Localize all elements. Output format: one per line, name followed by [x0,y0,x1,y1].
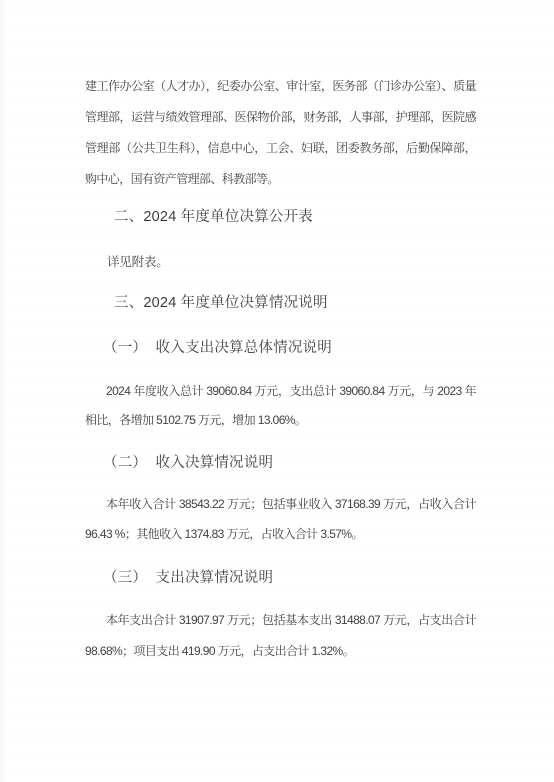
subsection-3-paragraph: 本年支出合计 31907.97 万元；包括基本支出 31488.07 万元，占支… [85,605,476,667]
subsection-1-paragraph: 2024 年度收入总计 39060.84 万元，支出总计 39060.84 万元… [85,377,476,435]
subsection-2-paragraph: 本年收入合计 38543.22 万元；包括事业收入 37168.39 万元，占收… [85,489,476,549]
section-heading-3: 三、2024 年度单位决算情况说明 [85,292,534,314]
paragraph-line: 购中心，国有资产管理部、科教部等。 [85,164,476,195]
paragraph-line: 相比，各增加 5102.75 万元，增加 13.06%。 [85,406,476,435]
paragraph-line: 98.68%；项目支出 419.90 万元，占支出合计 1.32%。 [85,636,476,667]
subsection-heading-2: （二） 收入决算情况说明 [85,452,523,474]
paragraph-line: 管理部，运营与绩效管理部、医保物价部，财务部，人事部，护理部，医院感染 [85,102,476,133]
continuation-paragraph: 建工作办公室（人才办），纪委办公室、审计室，医务部（门诊办公室）、质量 管理部，… [85,71,476,195]
subsection-heading-3: （三） 支出决算情况说明 [85,567,523,589]
document-page: 建工作办公室（人才办），纪委办公室、审计室，医务部（门诊办公室）、质量 管理部，… [0,0,554,782]
section-heading-2: 二、2024 年度单位决算公开表 [85,206,534,228]
paragraph-line: 本年支出合计 31907.97 万元；包括基本支出 31488.07 万元，占支… [85,605,476,636]
subsection-heading-1: （一） 收入支出决算总体情况说明 [85,337,523,359]
paragraph-line: 96.43 %；其他收入 1374.83 万元，占收入合计 3.57%。 [85,519,476,549]
paragraph-line: 2024 年度收入总计 39060.84 万元，支出总计 39060.84 万元… [85,377,476,406]
paragraph-line: 管理部（公共卫生科），信息中心，工会、妇联，团委教务部，后勤保障部，采 [85,133,476,164]
paragraph-line: 本年收入合计 38543.22 万元；包括事业收入 37168.39 万元，占收… [85,489,476,519]
see-attachment-text: 详见附表。 [85,253,498,271]
paragraph-line: 建工作办公室（人才办），纪委办公室、审计室，医务部（门诊办公室）、质量 [85,71,476,102]
